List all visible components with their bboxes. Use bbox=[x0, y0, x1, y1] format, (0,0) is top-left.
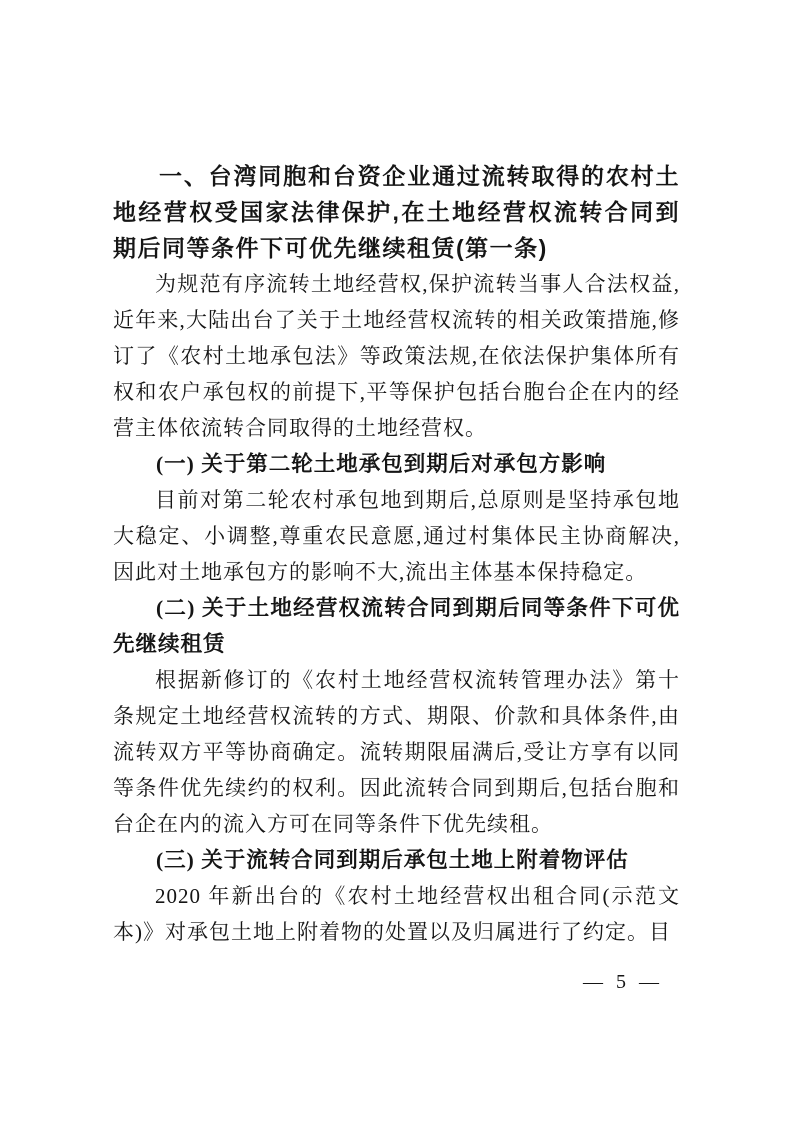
section-2-heading: (二) 关于土地经营权流转合同到期后同等条件下可优先继续租赁 bbox=[113, 590, 680, 662]
intro-paragraph: 为规范有序流转土地经营权,保护流转当事人合法权益,近年来,大陆出台了关于土地经营… bbox=[113, 266, 680, 446]
section-2-paragraph: 根据新修订的《农村土地经营权流转管理办法》第十条规定土地经营权流转的方式、期限、… bbox=[113, 662, 680, 842]
page-number: — 5 — bbox=[583, 971, 663, 994]
document-page: 一、台湾同胞和台资企业通过流转取得的农村土地经营权受国家法律保护,在土地经营权流… bbox=[0, 0, 793, 1122]
section-1-heading: (一) 关于第二轮土地承包到期后对承包方影响 bbox=[113, 446, 680, 482]
main-heading: 一、台湾同胞和台资企业通过流转取得的农村土地经营权受国家法律保护,在土地经营权流… bbox=[113, 158, 680, 266]
document-content: 一、台湾同胞和台资企业通过流转取得的农村土地经营权受国家法律保护,在土地经营权流… bbox=[113, 158, 680, 950]
section-3-paragraph: 2020 年新出台的《农村土地经营权出租合同(示范文本)》对承包土地上附着物的处… bbox=[113, 878, 680, 950]
section-1-paragraph: 目前对第二轮农村承包地到期后,总原则是坚持承包地大稳定、小调整,尊重农民意愿,通… bbox=[113, 482, 680, 590]
section-3-heading: (三) 关于流转合同到期后承包土地上附着物评估 bbox=[113, 842, 680, 878]
